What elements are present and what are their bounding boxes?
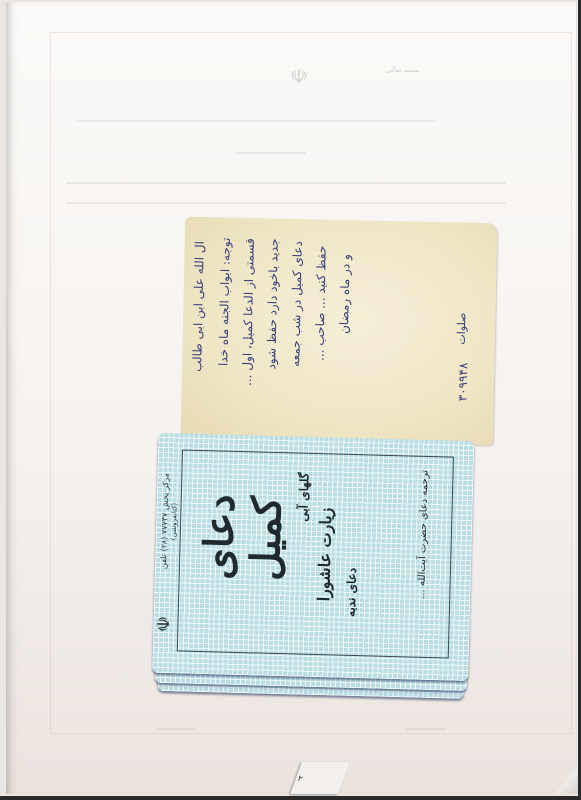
note-line: حفظ کنید ... صاحب ...	[312, 245, 328, 361]
faint-rule	[76, 120, 436, 122]
faint-rule	[236, 152, 306, 154]
note-line: و در ماه رمضان	[337, 254, 353, 334]
cover-left-strip-text-2: (کتابفروشی)	[169, 503, 179, 583]
note-line: قسمتی از الدعا کمیل، اول ...	[240, 238, 257, 386]
faint-rule	[66, 202, 506, 204]
cover-subtitle-top: گلهای آبی	[296, 473, 312, 533]
note-signature: صلوات	[455, 312, 469, 344]
iran-emblem-icon: ☫	[151, 613, 178, 636]
note-line: توجه: ابواب الجنه ماه خدا	[216, 237, 233, 366]
faint-header-text: بسمه تعالی	[386, 66, 420, 74]
faint-rule	[406, 728, 446, 730]
cover-title: دعای کمیل	[193, 494, 291, 646]
note-line: جدید باخود دارد حفظ شود	[264, 238, 281, 369]
cover-subtitle-mid: زیارت عاشورا	[314, 507, 336, 607]
booklet-cover: مرکز پخش ۷۷۷۳۷ (۲۸) تلفن (کتابفروشی) ☫ د…	[152, 433, 474, 681]
note-number: ۳۰۹۹۴۸	[456, 362, 471, 401]
faint-emblem-icon: ☫	[288, 62, 310, 90]
faint-rule	[156, 728, 196, 730]
faint-rule	[66, 182, 506, 184]
note-line: ال الله علی ابن ابی طالب	[190, 241, 207, 372]
handwritten-note-card: ال الله علی ابن ابی طالب توجه: ابواب الج…	[181, 217, 498, 445]
note-line: دعای کمیل در شب جمعه	[288, 241, 305, 367]
cover-subtitle-bottom: دعای ندبه	[343, 568, 359, 628]
prayer-booklet: مرکز پخش ۷۷۷۳۷ (۲۸) تلفن (کتابفروشی) ☫ د…	[152, 433, 479, 703]
